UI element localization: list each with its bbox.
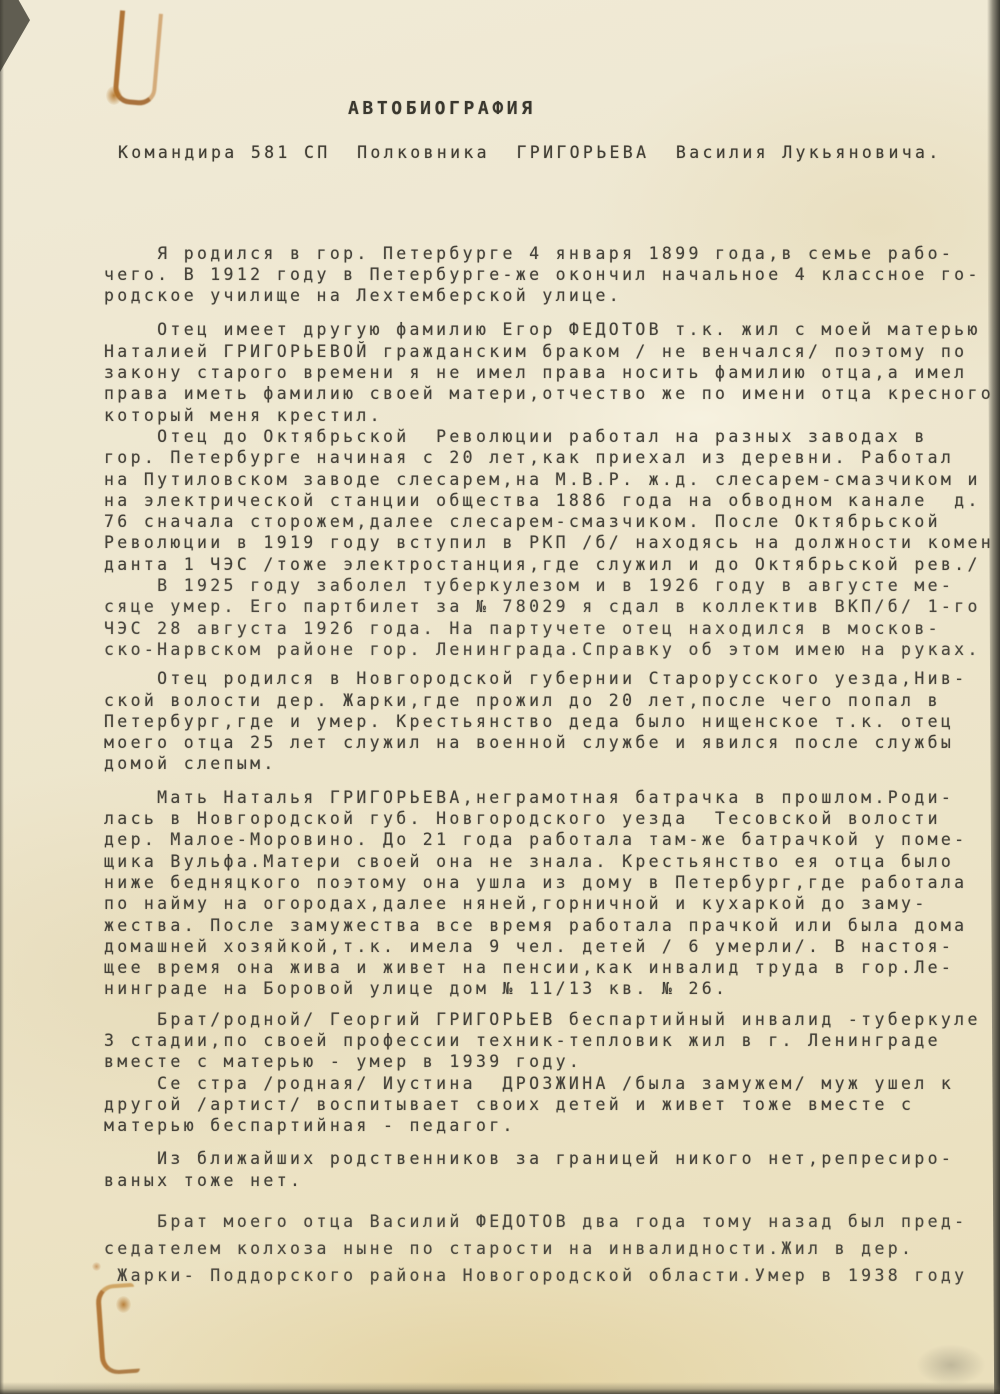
- paragraph: Из ближайших родственников за границей н…: [104, 1148, 1000, 1191]
- text-line: другой /артист/ воспитывает своих детей …: [104, 1094, 1000, 1115]
- folded-corner: [0, 0, 30, 72]
- text-line: жества. После замужества все время работ…: [104, 915, 1000, 936]
- text-line: ваных тоже нет.: [104, 1170, 1000, 1191]
- text-line: дер. Малое-Моровино. До 21 года работала…: [104, 829, 1000, 850]
- text-line: который меня крестил.: [104, 405, 1000, 426]
- paragraph: Отец до Октябрьской Революции работал на…: [104, 426, 1000, 575]
- text-line: Революции в 1919 году вступил в РКП /б/ …: [104, 532, 1000, 553]
- document-subtitle: Командира 581 СП Полковника ГРИГОРЬЕВА В…: [118, 142, 1000, 163]
- text-line: сяце умер. Его партбилет за № 78029 я сд…: [104, 596, 1000, 617]
- paragraph: Мать Наталья ГРИГОРЬЕВА,неграмотная батр…: [104, 787, 1000, 1000]
- paragraph: Отец имеет другую фамилию Егор ФЕДОТОВ т…: [104, 319, 1000, 425]
- text-line: лась в Новгородской губ. Новгородского у…: [104, 808, 1000, 829]
- text-line: Мать Наталья ГРИГОРЬЕВА,неграмотная батр…: [104, 787, 1000, 808]
- text-line: матерью беспартийная - педагог.: [104, 1115, 1000, 1136]
- text-line: права иметь фамилию своей матери,отчеств…: [104, 383, 1000, 404]
- scanned-document-page: АВТОБИОГРАФИЯ Командира 581 СП Полковник…: [0, 0, 1000, 1394]
- document-title: АВТОБИОГРАФИЯ: [348, 98, 1000, 119]
- text-line: по найму на огородах,далее няней,горничн…: [104, 893, 1000, 914]
- text-line: 76 сначала сторожем,далее слесарем-смазч…: [104, 511, 1000, 532]
- rust-stain-bottom-icon: [95, 1283, 140, 1376]
- text-line: В 1925 году заболел туберкулезом и в 192…: [104, 575, 1000, 596]
- typewritten-text: АВТОБИОГРАФИЯ Командира 581 СП Полковник…: [104, 0, 1000, 1289]
- text-line: ской волости дер. Жарки,где прожил до 20…: [104, 690, 1000, 711]
- paragraph: Брат/родной/ Георгий ГРИГОРЬЕВ беспартий…: [104, 1009, 1000, 1073]
- rust-dot-icon: [92, 1262, 101, 1271]
- text-line: Брат моего отца Василий ФЕДОТОВ два года…: [104, 1208, 1000, 1235]
- text-line: Петербург,где и умер. Крестьянство деда …: [104, 711, 1000, 732]
- document-body: Я родился в гор. Петербурге 4 января 189…: [104, 243, 1000, 1289]
- text-line: домой слепым.: [104, 753, 1000, 774]
- text-line: гор. Петербурге начиная с 20 лет,как при…: [104, 447, 1000, 468]
- text-line: Из ближайших родственников за границей н…: [104, 1148, 1000, 1169]
- text-line: Отец до Октябрьской Революции работал на…: [104, 426, 1000, 447]
- text-line: Се стра /родная/ Иустина ДРОЗЖИНА /была …: [104, 1073, 1000, 1094]
- text-line: на электрической станции общества 1886 г…: [104, 490, 1000, 511]
- text-line: Отец родился в Новгородской губернии Ста…: [104, 668, 1000, 689]
- text-line: Жарки- Поддорского района Новогородской …: [104, 1262, 1000, 1289]
- smudge-stain: [916, 1344, 986, 1386]
- text-line: домашней хозяйкой,т.к. имела 9 чел. дете…: [104, 936, 1000, 957]
- paragraph: Я родился в гор. Петербурге 4 января 189…: [104, 243, 1000, 307]
- page-edge-left: [0, 0, 4, 1394]
- text-line: 3 стадии,по своей профессии техник-тепло…: [104, 1030, 1000, 1051]
- text-line: закону старого времени я не имел права н…: [104, 362, 1000, 383]
- text-line: ниже бедняцкого поэтому она ушла из дому…: [104, 872, 1000, 893]
- paragraph: Брат моего отца Василий ФЕДОТОВ два года…: [104, 1208, 1000, 1289]
- paragraph: Отец родился в Новгородской губернии Ста…: [104, 668, 1000, 774]
- text-line: вместе с матерью - умер в 1939 году.: [104, 1051, 1000, 1072]
- text-line: щее время она жива и живет на пенсии,как…: [104, 957, 1000, 978]
- text-line: чего. В 1912 году в Петербурге-же окончи…: [104, 264, 1000, 285]
- text-line: Я родился в гор. Петербурге 4 января 189…: [104, 243, 1000, 264]
- text-line: щика Вульфа.Матери своей она не знала. К…: [104, 851, 1000, 872]
- text-line: ско-Нарвском районе гор. Ленинграда.Спра…: [104, 639, 1000, 660]
- text-line: ЧЭС 28 августа 1926 года. На партучете о…: [104, 618, 1000, 639]
- paragraph: Се стра /родная/ Иустина ДРОЗЖИНА /была …: [104, 1073, 1000, 1137]
- text-line: родское училище на Лехтемберской улице.: [104, 285, 1000, 306]
- text-line: Брат/родной/ Георгий ГРИГОРЬЕВ беспартий…: [104, 1009, 1000, 1030]
- rust-stain-bottom-blob-icon: [116, 1296, 131, 1313]
- page-edge-bottom: [0, 1382, 1000, 1394]
- text-line: данта 1 ЧЭС /тоже электростанция,где слу…: [104, 554, 1000, 575]
- text-line: седателем колхоза ныне по старости на ин…: [104, 1235, 1000, 1262]
- text-line: Отец имеет другую фамилию Егор ФЕДОТОВ т…: [104, 319, 1000, 340]
- paragraph: В 1925 году заболел туберкулезом и в 192…: [104, 575, 1000, 660]
- text-line: на Путиловском заводе слесарем,на М.В.Р.…: [104, 469, 1000, 490]
- text-line: Наталией ГРИГОРЬЕВОЙ гражданским браком …: [104, 341, 1000, 362]
- text-line: нинграде на Боровой улице дом № 11/13 кв…: [104, 978, 1000, 999]
- text-line: моего отца 25 лет служил на военной служ…: [104, 732, 1000, 753]
